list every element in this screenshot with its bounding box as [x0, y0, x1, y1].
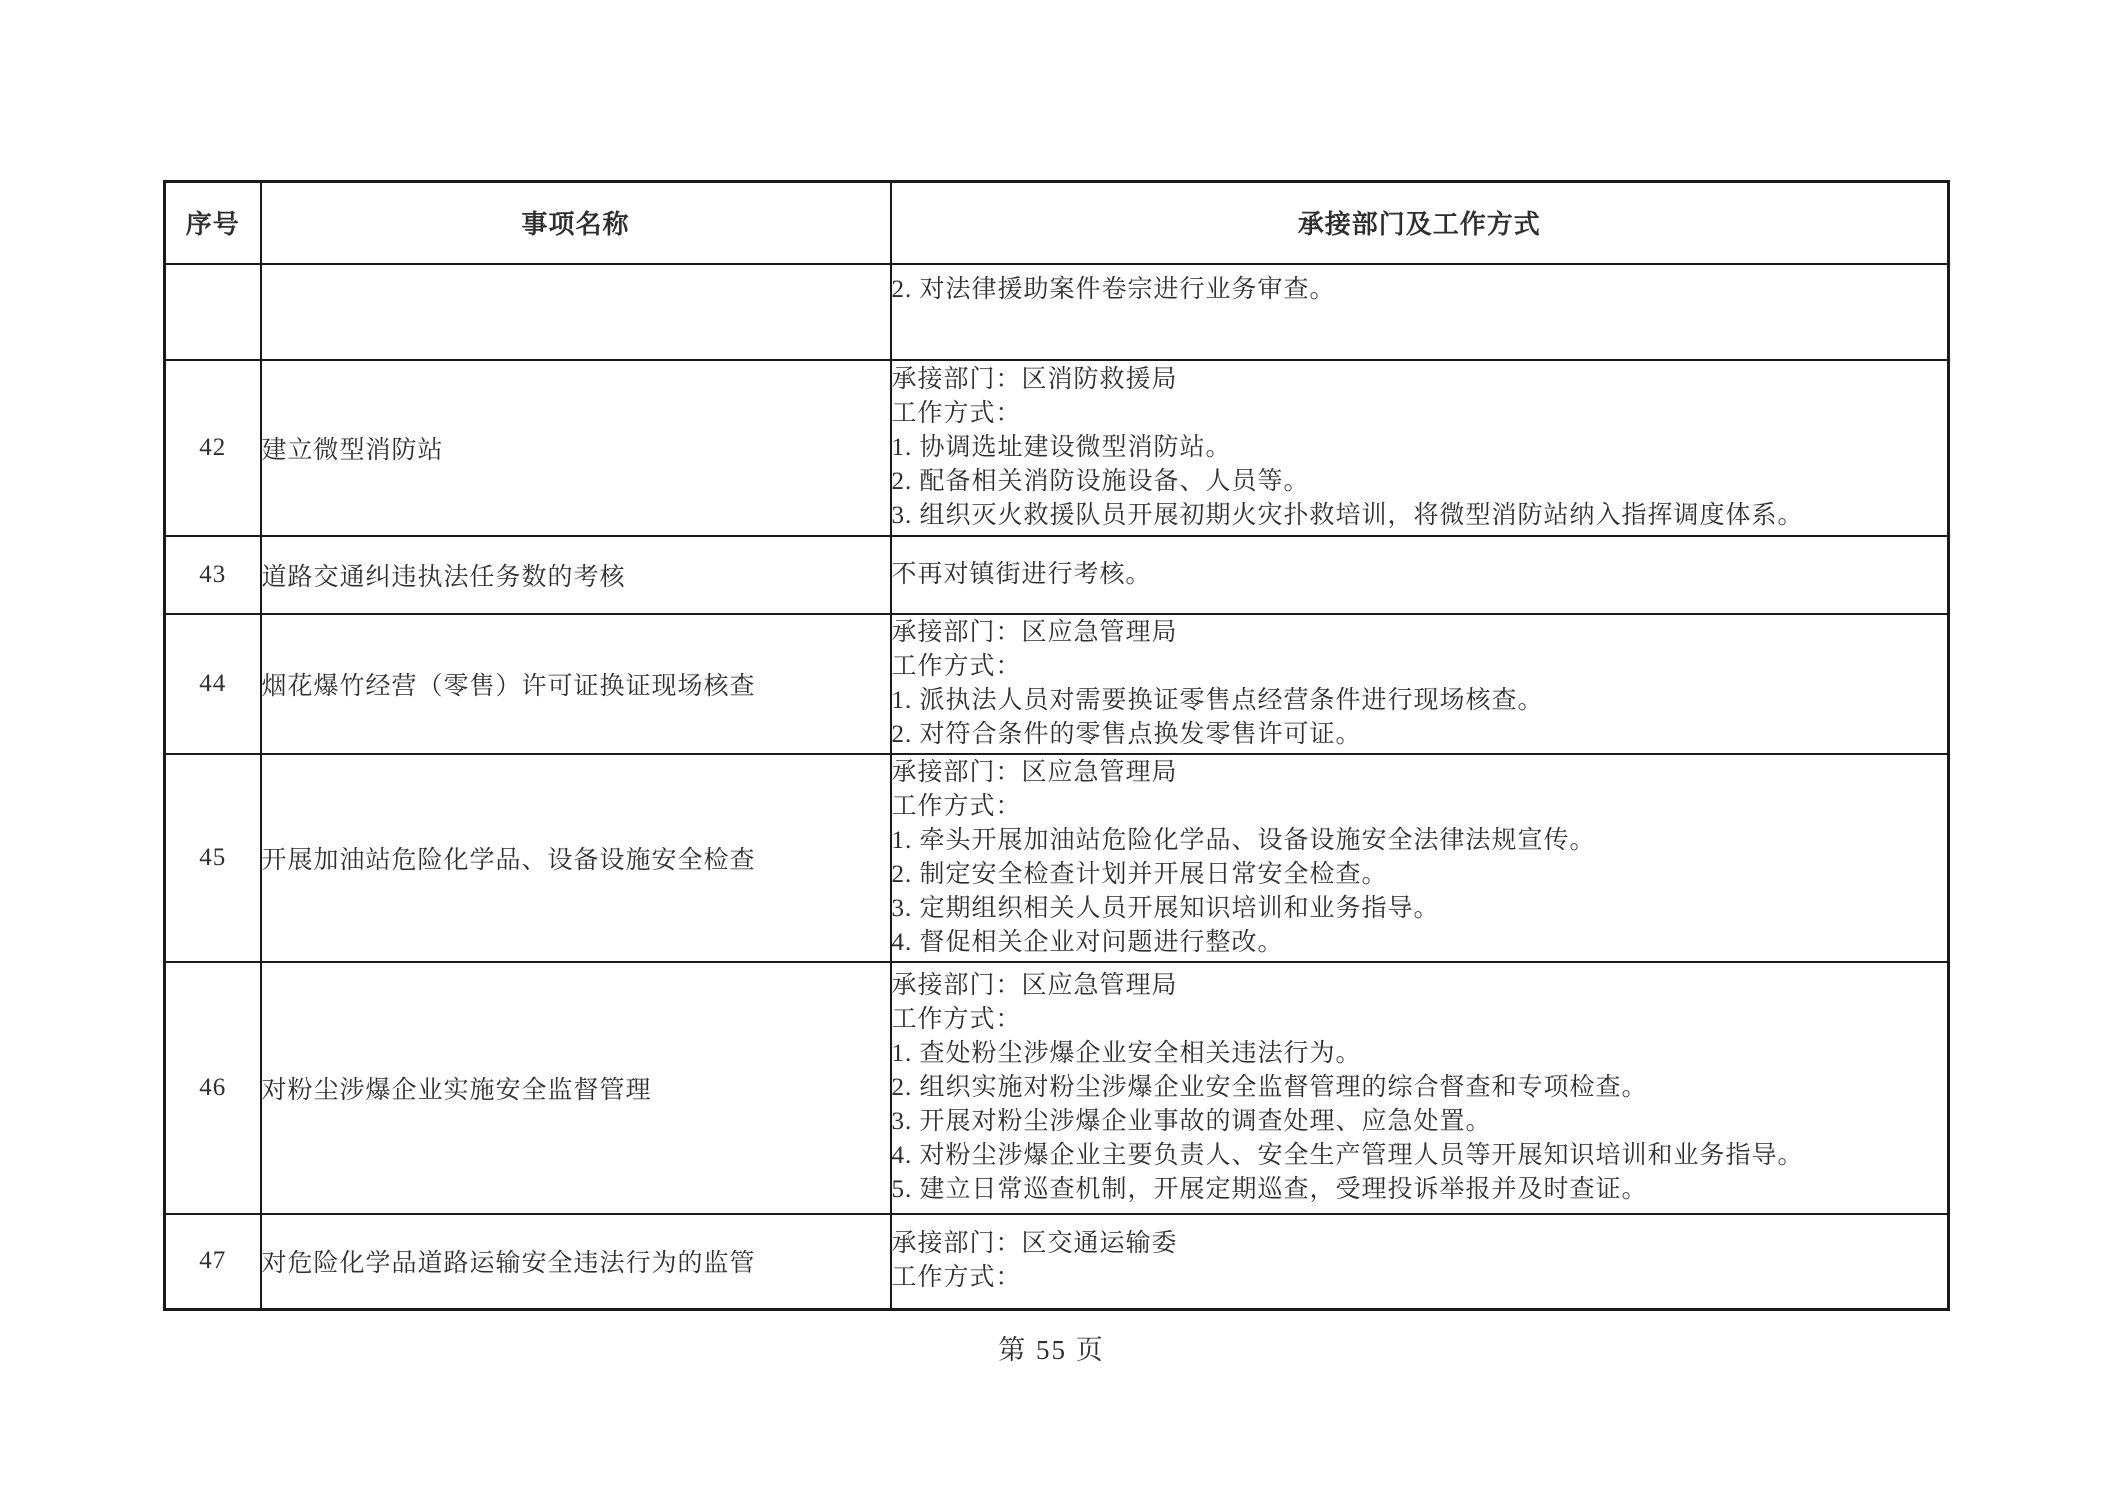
row-item-name: [261, 264, 891, 360]
document-page: 序号 事项名称 承接部门及工作方式 2. 对法律援助案件卷宗进行业务审查。42建…: [0, 0, 2103, 1486]
detail-line: 工作方式：: [892, 1003, 1948, 1037]
table-row: 45开展加油站危险化学品、设备设施安全检查承接部门：区应急管理局工作方式：1. …: [165, 754, 1949, 962]
detail-line: 2. 组织实施对粉尘涉爆企业安全监督管理的综合督查和专项检查。: [892, 1071, 1948, 1105]
row-item-name: 建立微型消防站: [261, 360, 891, 536]
row-department-and-method: 承接部门：区应急管理局工作方式：1. 查处粉尘涉爆企业安全相关违法行为。2. 组…: [891, 962, 1949, 1214]
detail-line: 4. 对粉尘涉爆企业主要负责人、安全生产管理人员等开展知识培训和业务指导。: [892, 1139, 1948, 1173]
detail-line: 1. 牵头开展加油站危险化学品、设备设施安全法律法规宣传。: [892, 824, 1948, 858]
table-row: 44烟花爆竹经营（零售）许可证换证现场核查承接部门：区应急管理局工作方式：1. …: [165, 614, 1949, 754]
row-item-name: 烟花爆竹经营（零售）许可证换证现场核查: [261, 614, 891, 754]
table-body: 2. 对法律援助案件卷宗进行业务审查。42建立微型消防站承接部门：区消防救援局工…: [165, 264, 1949, 1310]
detail-line: 4. 督促相关企业对问题进行整改。: [892, 926, 1948, 960]
row-serial-number: 43: [165, 536, 261, 614]
detail-line: 2. 对符合条件的零售点换发零售许可证。: [892, 718, 1948, 752]
table-row: 46对粉尘涉爆企业实施安全监督管理承接部门：区应急管理局工作方式：1. 查处粉尘…: [165, 962, 1949, 1214]
row-item-name: 开展加油站危险化学品、设备设施安全检查: [261, 754, 891, 962]
transfer-items-table: 序号 事项名称 承接部门及工作方式 2. 对法律援助案件卷宗进行业务审查。42建…: [163, 180, 1950, 1311]
detail-line: 5. 建立日常巡查机制，开展定期巡查，受理投诉举报并及时查证。: [892, 1173, 1948, 1207]
detail-line: 承接部门：区交通运输委: [892, 1227, 1948, 1261]
detail-line: 工作方式：: [892, 1261, 1948, 1295]
detail-line: 承接部门：区应急管理局: [892, 616, 1948, 650]
page-number: 第 55 页: [0, 1328, 2103, 1367]
detail-line: 不再对镇街进行考核。: [892, 558, 1948, 592]
row-department-and-method: 不再对镇街进行考核。: [891, 536, 1949, 614]
table-header-row: 序号 事项名称 承接部门及工作方式: [165, 182, 1949, 264]
row-serial-number: 47: [165, 1214, 261, 1310]
table-row: 2. 对法律援助案件卷宗进行业务审查。: [165, 264, 1949, 360]
detail-line: 3. 组织灭火救援队员开展初期火灾扑救培训，将微型消防站纳入指挥调度体系。: [892, 499, 1948, 533]
detail-line: 承接部门：区消防救援局: [892, 363, 1948, 397]
detail-line: 承接部门：区应急管理局: [892, 969, 1948, 1003]
table-row: 47对危险化学品道路运输安全违法行为的监管承接部门：区交通运输委工作方式：: [165, 1214, 1949, 1310]
row-item-name: 道路交通纠违执法任务数的考核: [261, 536, 891, 614]
detail-line: 工作方式：: [892, 790, 1948, 824]
detail-line: 2. 配备相关消防设施设备、人员等。: [892, 465, 1948, 499]
row-department-and-method: 承接部门：区消防救援局工作方式：1. 协调选址建设微型消防站。2. 配备相关消防…: [891, 360, 1949, 536]
row-serial-number: 42: [165, 360, 261, 536]
detail-line: 工作方式：: [892, 650, 1948, 684]
detail-line: 3. 定期组织相关人员开展知识培训和业务指导。: [892, 892, 1948, 926]
row-serial-number: [165, 264, 261, 360]
row-item-name: 对粉尘涉爆企业实施安全监督管理: [261, 962, 891, 1214]
table-row: 42建立微型消防站承接部门：区消防救援局工作方式：1. 协调选址建设微型消防站。…: [165, 360, 1949, 536]
row-serial-number: 46: [165, 962, 261, 1214]
detail-line: 1. 派执法人员对需要换证零售点经营条件进行现场核查。: [892, 684, 1948, 718]
row-serial-number: 45: [165, 754, 261, 962]
detail-line: 3. 开展对粉尘涉爆企业事故的调查处理、应急处置。: [892, 1105, 1948, 1139]
detail-line: 2. 制定安全检查计划并开展日常安全检查。: [892, 858, 1948, 892]
row-department-and-method: 2. 对法律援助案件卷宗进行业务审查。: [891, 264, 1949, 360]
row-serial-number: 44: [165, 614, 261, 754]
detail-line: 工作方式：: [892, 397, 1948, 431]
column-header-item-name: 事项名称: [261, 182, 891, 264]
row-department-and-method: 承接部门：区应急管理局工作方式：1. 牵头开展加油站危险化学品、设备设施安全法律…: [891, 754, 1949, 962]
column-header-department-and-method: 承接部门及工作方式: [891, 182, 1949, 264]
detail-line: 承接部门：区应急管理局: [892, 756, 1948, 790]
column-header-serial-number: 序号: [165, 182, 261, 264]
table-row: 43道路交通纠违执法任务数的考核不再对镇街进行考核。: [165, 536, 1949, 614]
row-department-and-method: 承接部门：区交通运输委工作方式：: [891, 1214, 1949, 1310]
row-item-name: 对危险化学品道路运输安全违法行为的监管: [261, 1214, 891, 1310]
detail-line: 1. 协调选址建设微型消防站。: [892, 431, 1948, 465]
row-department-and-method: 承接部门：区应急管理局工作方式：1. 派执法人员对需要换证零售点经营条件进行现场…: [891, 614, 1949, 754]
detail-line: 2. 对法律援助案件卷宗进行业务审查。: [892, 273, 1948, 307]
detail-line: 1. 查处粉尘涉爆企业安全相关违法行为。: [892, 1037, 1948, 1071]
